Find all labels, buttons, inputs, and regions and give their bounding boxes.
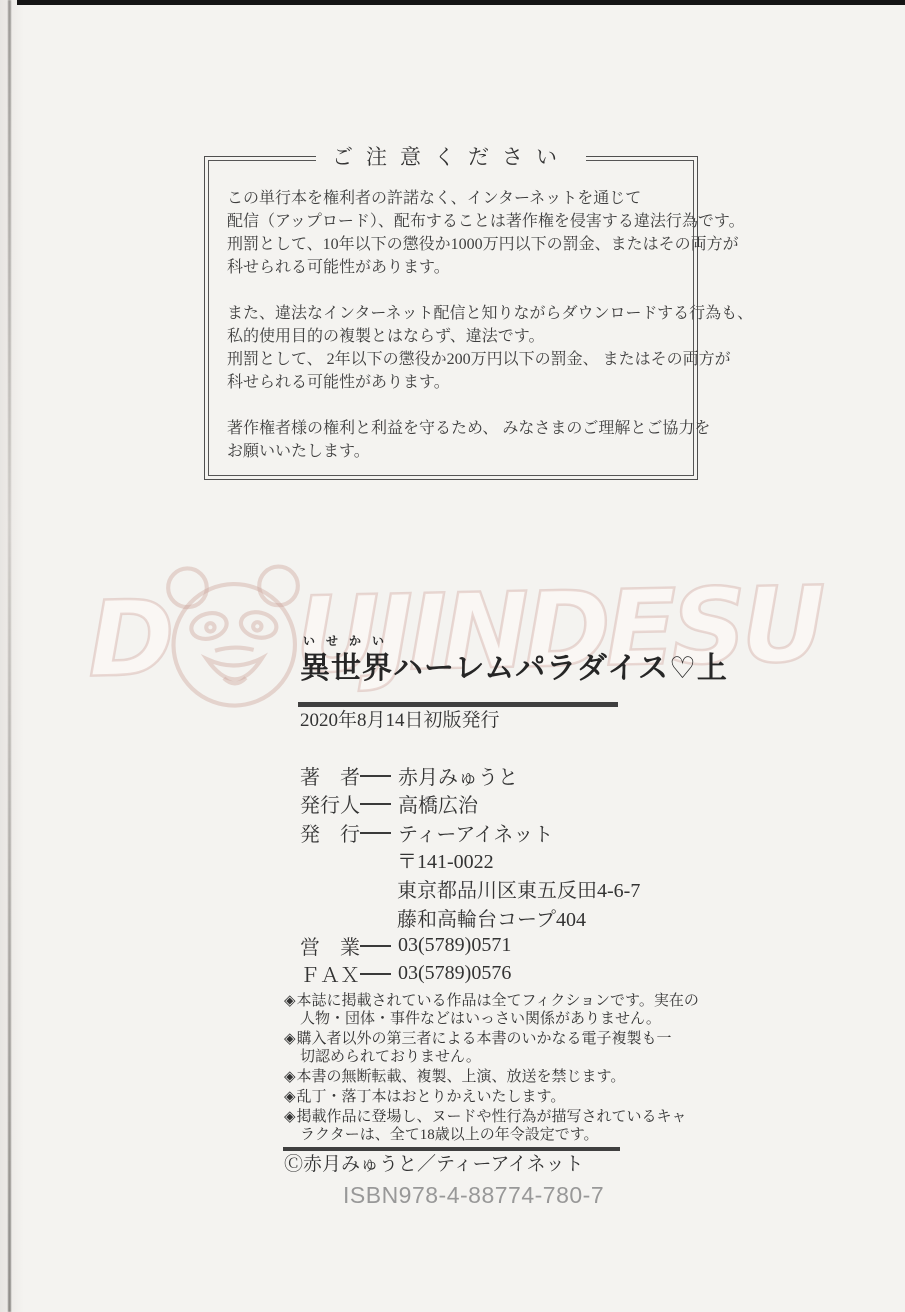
note-line: ◈掲載作品に登場し、ヌードや性行為が描写されているキャ (284, 1108, 699, 1126)
note-text: 掲載作品に登場し、ヌードや性行為が描写されているキャ (297, 1109, 687, 1125)
note-line: ◈購入者以外の第三者による本書のいかなる電子複製も一 (284, 1030, 699, 1048)
credit-row-publisher: 発 行 ティーアイネット (300, 819, 553, 846)
publisher-address: 〒141-0022 東京都品川区東五反田4-6-7 藤和高輪台コープ404 (397, 848, 640, 935)
title-rest-text: ハーレムパラダイス♡上 (393, 652, 728, 685)
copyright-line: Ⓒ赤月みゅうと／ティーアイネット (284, 1152, 584, 1178)
book-title-base: いせかい 異世界 (300, 650, 393, 688)
note-item: ◈掲載作品に登場し、ヌードや性行為が描写されているキャ ラクターは、全て18歳以… (284, 1108, 699, 1144)
credit-value: 高橋広治 (398, 789, 478, 818)
note-line: 人物・団体・事件などはいっさい関係がありません。 (284, 1010, 699, 1028)
credit-value: 赤月みゅうと (398, 761, 518, 790)
note-bullet: ◈ (284, 1031, 296, 1047)
contact-label: 営 業 (300, 931, 360, 960)
note-line: 切認められておりません。 (284, 1048, 699, 1066)
note-bullet: ◈ (284, 1089, 296, 1105)
notice-title: ご注意ください (316, 143, 586, 171)
note-text: 人物・団体・事件などはいっさい関係がありません。 (300, 1011, 661, 1027)
credit-dash-line (360, 973, 391, 975)
note-line: ◈本誌に掲載されている作品は全てフィクションです。実在の (284, 992, 699, 1010)
credit-dash-line (360, 803, 391, 805)
credit-dash-line (360, 832, 391, 834)
credit-dash-line (360, 775, 391, 777)
credit-label: 発行人 (300, 789, 360, 818)
note-item: ◈本書の無断転載、複製、上演、放送を禁じます。 (284, 1068, 699, 1086)
colophon: いせかい 異世界 ハーレムパラダイス♡上 2020年8月14日初版発行 著 者 … (0, 0, 905, 1312)
credit-row-publisher-person: 発行人 高橋広治 (300, 790, 478, 817)
note-item: ◈乱丁・落丁本はおとりかえいたします。 (284, 1088, 699, 1106)
contact-label: ＦＡＸ (300, 959, 360, 988)
credit-value: ティーアイネット (398, 818, 553, 847)
title-divider-rule (298, 702, 618, 707)
note-item: ◈購入者以外の第三者による本書のいかなる電子複製も一 切認められておりません。 (284, 1030, 699, 1066)
scanned-colophon-page: ご注意ください この単行本を権利者の許諾なく、インターネットを通じて 配信（アッ… (0, 0, 905, 1312)
note-bullet: ◈ (284, 1109, 296, 1125)
address-line: 藤和高輪台コープ404 (397, 906, 640, 935)
note-line: ラクターは、全て18歳以上の年令設定です。 (284, 1126, 699, 1144)
note-item: ◈本誌に掲載されている作品は全てフィクションです。実在の 人物・団体・事件などは… (284, 992, 699, 1028)
note-bullet: ◈ (284, 993, 296, 1009)
bottom-divider-rule (283, 1147, 620, 1151)
book-title: いせかい 異世界 ハーレムパラダイス♡上 (300, 650, 728, 688)
note-text: 本誌に掲載されている作品は全てフィクションです。実在の (297, 993, 699, 1009)
note-text: 乱丁・落丁本はおとりかえいたします。 (297, 1089, 566, 1105)
issue-date: 2020年8月14日初版発行 (300, 708, 500, 734)
credit-dash-line (360, 945, 391, 947)
contact-value: 03(5789)0571 (398, 934, 511, 957)
note-bullet: ◈ (284, 1069, 296, 1085)
note-text: ラクターは、全て18歳以上の年令設定です。 (300, 1127, 599, 1143)
contact-row-fax: ＦＡＸ 03(5789)0576 (300, 960, 511, 987)
address-line: 東京都品川区東五反田4-6-7 (397, 877, 640, 906)
credit-label: 著 者 (300, 761, 360, 790)
note-line: ◈乱丁・落丁本はおとりかえいたします。 (284, 1088, 699, 1106)
credit-row-author: 著 者 赤月みゅうと (300, 762, 518, 789)
title-furigana: いせかい (303, 635, 395, 647)
credit-label: 発 行 (300, 818, 360, 847)
note-line: ◈本書の無断転載、複製、上演、放送を禁じます。 (284, 1068, 699, 1086)
title-base-text: 異世界 (300, 652, 393, 685)
address-line: 〒141-0022 (397, 848, 640, 877)
contact-value: 03(5789)0576 (398, 962, 511, 985)
note-text: 切認められておりません。 (300, 1049, 481, 1065)
note-text: 購入者以外の第三者による本書のいかなる電子複製も一 (297, 1031, 672, 1047)
note-text: 本書の無断転載、複製、上演、放送を禁じます。 (297, 1069, 626, 1085)
contact-row-sales: 営 業 03(5789)0571 (300, 932, 511, 959)
isbn: ISBN978-4-88774-780-7 (343, 1182, 604, 1209)
legal-notes: ◈本誌に掲載されている作品は全てフィクションです。実在の 人物・団体・事件などは… (284, 992, 699, 1146)
